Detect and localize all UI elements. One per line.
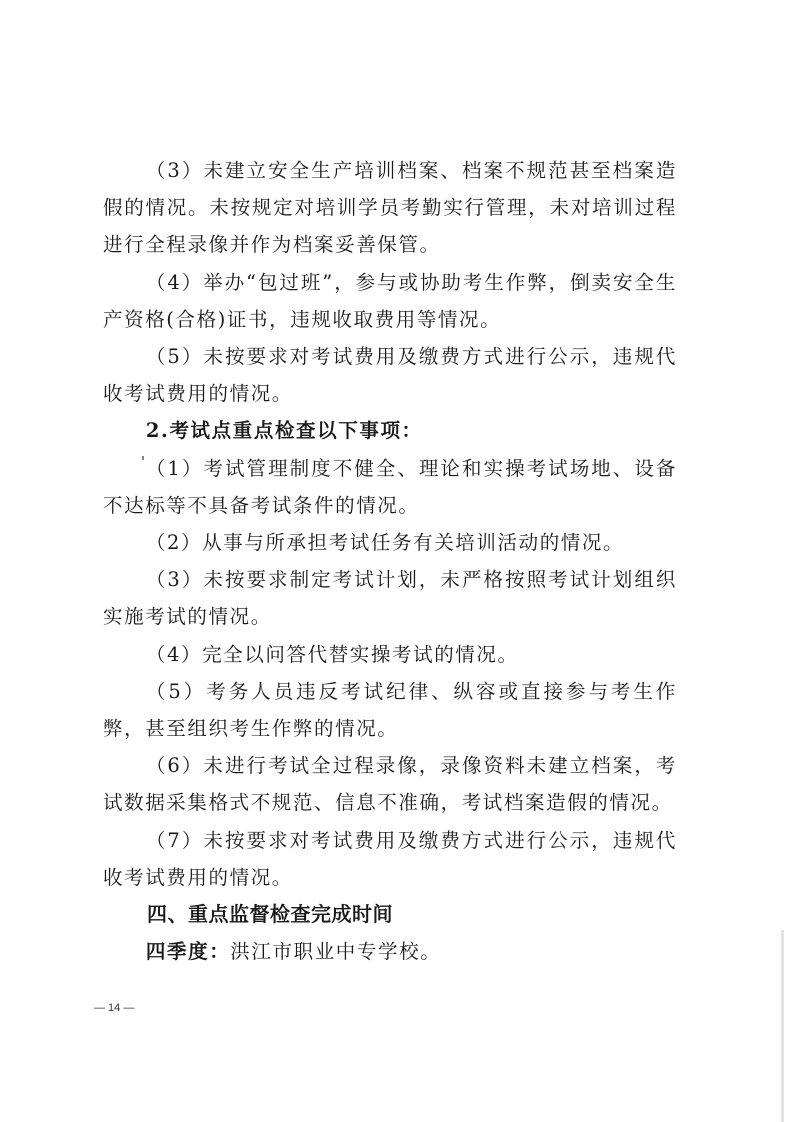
exam-item-5: （5）考务人员违反考试纪律、纵容或直接参与考生作弊，甚至组织考生作弊的情况。	[103, 673, 677, 747]
schedule-line: 四季度：洪江市职业中专学校。	[103, 933, 677, 970]
scan-edge-line	[781, 930, 784, 1122]
exam-item-7: （7）未按要求对考试费用及缴费方式进行公示，违规代收考试费用的情况。	[103, 822, 677, 896]
item-3-archives: （3）未建立安全生产培训档案、档案不规范甚至档案造假的情况。未按规定对培训学员考…	[103, 152, 677, 264]
exam-item-3: （3）未按要求制定考试计划，未严格按照考试计划组织实施考试的情况。	[103, 561, 677, 635]
exam-item-6: （6）未进行考试全过程录像，录像资料未建立档案，考试数据采集格式不规范、信息不准…	[103, 747, 677, 821]
exam-item-4: （4）完全以问答代替实操考试的情况。	[103, 636, 677, 673]
schedule-value: 洪江市职业中专学校。	[230, 940, 441, 963]
document-page: （3）未建立安全生产培训档案、档案不规范甚至档案造假的情况。未按规定对培训学员考…	[0, 0, 793, 1122]
item-5-fee-disclosure: （5）未按要求对考试费用及缴费方式进行公示，违规代收考试费用的情况。	[103, 338, 677, 412]
schedule-label: 四季度：	[146, 940, 230, 963]
page-number: — 14 —	[94, 1002, 134, 1014]
exam-item-2: （2）从事与所承担考试任务有关培训活动的情况。	[103, 524, 677, 561]
section-heading-completion-time: 四、重点监督检查完成时间	[103, 896, 677, 933]
document-body: （3）未建立安全生产培训档案、档案不规范甚至档案造假的情况。未按规定对培训学员考…	[103, 152, 677, 970]
item-4-guaranteed-pass: （4）举办“包过班”，参与或协助考生作弊，倒卖安全生产资格(合格)证书，违规收取…	[103, 264, 677, 338]
subheading-exam-sites: 2.考试点重点检查以下事项：	[103, 412, 677, 449]
scan-mark	[142, 456, 144, 460]
exam-item-1: （1）考试管理制度不健全、理论和实操考试场地、设备不达标等不具备考试条件的情况。	[103, 450, 677, 524]
